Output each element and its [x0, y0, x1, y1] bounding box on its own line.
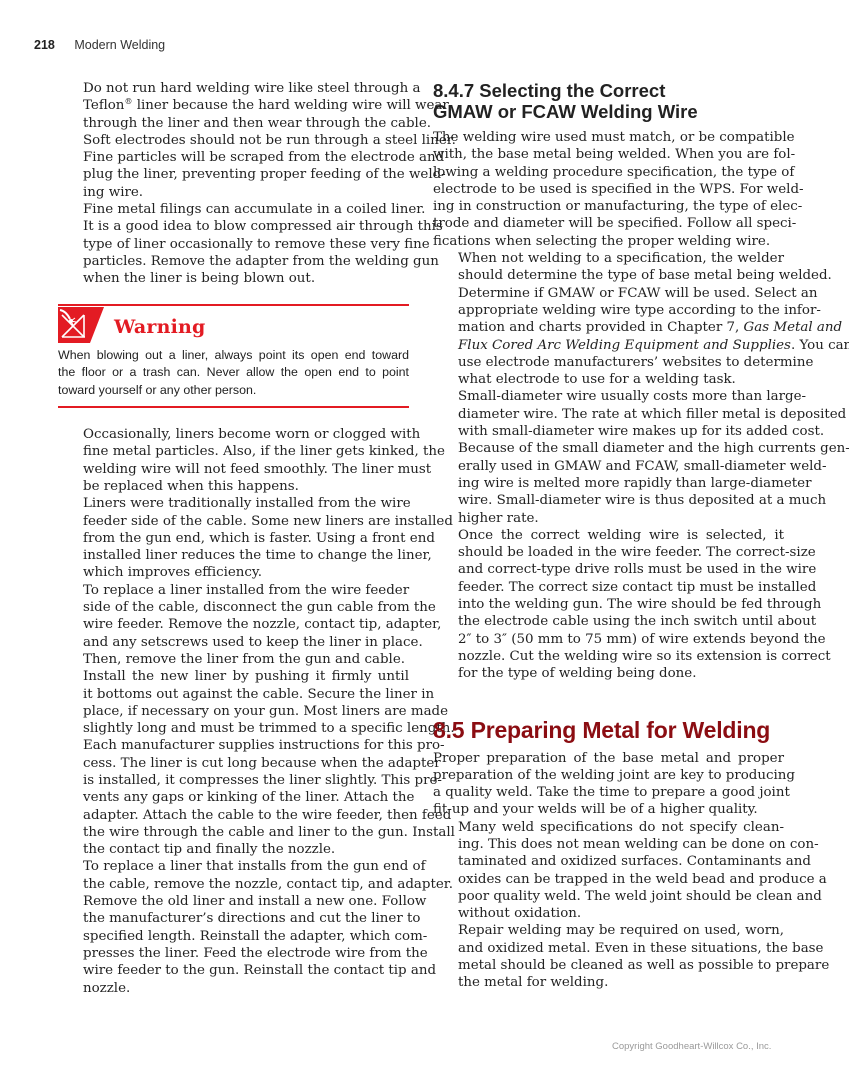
text-line: welding wire will not feed smoothly. The… — [58, 461, 409, 478]
text-line: wire. Small-diameter wire is thus deposi… — [433, 492, 784, 509]
book-title: Modern Welding — [74, 38, 165, 52]
text-line: poor quality weld. The weld joint should… — [433, 888, 784, 905]
text-line: ing wire. — [58, 184, 409, 201]
text-line: a quality weld. Take the time to prepare… — [433, 784, 784, 801]
paragraph: Liners were traditionally installed from… — [58, 495, 409, 581]
paragraph: The welding wire used must match, or be … — [433, 129, 784, 250]
paragraph: Many weld specifications do not specify … — [433, 819, 784, 923]
text-line: It is a good idea to blow compressed air… — [58, 218, 409, 235]
text-line: nozzle. Cut the welding wire so its exte… — [433, 648, 784, 665]
text-line: nozzle. — [58, 980, 409, 997]
text-line: metal should be cleaned as well as possi… — [433, 957, 784, 974]
paragraph: Repair welding may be required on used, … — [433, 922, 784, 991]
heading-line: 8.4.7 Selecting the Correct — [433, 80, 784, 101]
text-line: the wire through the cable and liner to … — [58, 824, 409, 841]
teflon-word: Teflon — [83, 98, 124, 113]
text-line: The welding wire used must match, or be … — [433, 129, 784, 146]
text-line: into the welding gun. The wire should be… — [433, 596, 784, 613]
text-line: lowing a welding procedure specification… — [433, 164, 784, 181]
book-page: 218 Modern Welding Do not run hard weldi… — [0, 0, 849, 1087]
text-line: use electrode manufacturers’ websites to… — [433, 354, 784, 371]
text-line: 2″ to 3″ (50 mm to 75 mm) of wire extend… — [433, 631, 784, 648]
paragraph: Install the new liner by pushing it firm… — [58, 668, 409, 858]
text-fragment: liner because the hard welding wire will… — [132, 98, 448, 113]
text-line: Determine if GMAW or FCAW will be used. … — [433, 285, 784, 302]
text-line: feeder side of the cable. Some new liner… — [58, 513, 409, 530]
text-line: Small-diameter wire usually costs more t… — [433, 388, 784, 405]
text-line: feeder. The correct size contact tip mus… — [433, 579, 784, 596]
text-line: adapter. Attach the cable to the wire fe… — [58, 807, 409, 824]
book-title-reference: Gas Metal and — [744, 320, 843, 335]
page-number: 218 — [34, 38, 55, 52]
text-line: for the type of welding being done. — [433, 665, 784, 682]
section-heading-8-4-7: 8.4.7 Selecting the Correct GMAW or FCAW… — [433, 80, 784, 122]
text-line: preparation of the welding joint are key… — [433, 767, 784, 784]
text-line: wire feeder. Remove the nozzle, contact … — [58, 616, 409, 633]
text-line: the contact tip and finally the nozzle. — [58, 841, 409, 858]
text-line: installed liner reduces the time to chan… — [58, 547, 409, 564]
running-header: 218 Modern Welding — [34, 38, 165, 52]
text-line: with small-diameter wire makes up for it… — [433, 423, 784, 440]
warning-title: Warning — [114, 319, 206, 336]
text-line: Each manufacturer supplies instructions … — [58, 737, 409, 754]
text-line: vents any gaps or kinking of the liner. … — [58, 789, 409, 806]
text-line: Install the new liner by pushing it firm… — [58, 668, 409, 685]
paragraph: Small-diameter wire usually costs more t… — [433, 388, 784, 526]
text-line: higher rate. — [433, 510, 784, 527]
text-line: ing in construction or manufacturing, th… — [433, 198, 784, 215]
heading-line: GMAW or FCAW Welding Wire — [433, 101, 784, 122]
text-line: which improves efficiency. — [58, 564, 409, 581]
text-line: place, if necessary on your gun. Most li… — [58, 703, 409, 720]
text-line: and correct-type drive rolls must be use… — [433, 561, 784, 578]
text-line: appropriate welding wire type according … — [433, 302, 784, 319]
text-line: mation and charts provided in Chapter 7,… — [433, 319, 784, 336]
text-line: Remove the old liner and install a new o… — [58, 893, 409, 910]
text-line: wire feeder to the gun. Reinstall the co… — [58, 962, 409, 979]
text-line: erally used in GMAW and FCAW, small-diam… — [433, 458, 784, 475]
text-fragment: . You can — [791, 338, 849, 353]
text-line: toward yourself or any other person. — [58, 382, 409, 400]
text-line: Liners were traditionally installed from… — [58, 495, 409, 512]
text-line: through the liner and then wear through … — [58, 115, 409, 132]
text-line: fine metal particles. Also, if the liner… — [58, 443, 409, 460]
text-line: Soft electrodes should not be run throug… — [58, 132, 409, 149]
text-line: Once the correct welding wire is selecte… — [433, 527, 784, 544]
paragraph: Occasionally, liners become worn or clog… — [58, 426, 409, 495]
section-heading-8-5: 8.5 Preparing Metal for Welding — [433, 717, 784, 743]
text-line: To replace a liner that installs from th… — [58, 858, 409, 875]
text-line: should determine the type of base metal … — [433, 267, 784, 284]
right-column: 8.4.7 Selecting the Correct GMAW or FCAW… — [433, 80, 784, 992]
book-title-reference: Flux Cored Arc Welding Equipment and Sup… — [458, 338, 791, 353]
text-line: fications when selecting the proper weld… — [433, 233, 784, 250]
paragraph: Once the correct welding wire is selecte… — [433, 527, 784, 683]
welding-spark-warning-icon — [58, 307, 104, 343]
text-line: Occasionally, liners become worn or clog… — [58, 426, 409, 443]
text-line: the manufacturer’s directions and cut th… — [58, 910, 409, 927]
text-line: type of liner occasionally to remove the… — [58, 236, 409, 253]
text-line: Because of the small diameter and the hi… — [433, 440, 784, 457]
text-line: ing. This does not mean welding can be d… — [433, 836, 784, 853]
text-line: side of the cable, disconnect the gun ca… — [58, 599, 409, 616]
text-line: trode and diameter will be specified. Fo… — [433, 215, 784, 232]
text-line: slightly long and must be trimmed to a s… — [58, 720, 409, 737]
text-line: Then, remove the liner from the gun and … — [58, 651, 409, 668]
text-line: the floor or a trash can. Never allow th… — [58, 364, 409, 382]
text-line: with, the base metal being welded. When … — [433, 146, 784, 163]
text-line: the metal for welding. — [433, 974, 784, 991]
text-line: is installed, it compresses the liner sl… — [58, 772, 409, 789]
paragraph: When not welding to a specification, the… — [433, 250, 784, 388]
text-line: oxides can be trapped in the weld bead a… — [433, 871, 784, 888]
text-line: Do not run hard welding wire like steel … — [58, 80, 409, 97]
paragraph: Fine metal filings can accumulate in a c… — [58, 201, 409, 287]
text-line: fit-up and your welds will be of a highe… — [433, 801, 784, 818]
text-line: Many weld specifications do not specify … — [433, 819, 784, 836]
text-line: plug the liner, preventing proper feedin… — [58, 166, 409, 183]
text-line: cess. The liner is cut long because when… — [58, 755, 409, 772]
text-line: and any setscrews used to keep the liner… — [58, 634, 409, 651]
text-line: without oxidation. — [433, 905, 784, 922]
copyright-footer: Copyright Goodheart-Willcox Co., Inc. — [612, 1041, 771, 1052]
paragraph: Do not run hard welding wire like steel … — [58, 80, 409, 201]
paragraph: Proper preparation of the base metal and… — [433, 750, 784, 819]
text-line: taminated and oxidized surfaces. Contami… — [433, 853, 784, 870]
text-line: should be loaded in the wire feeder. The… — [433, 544, 784, 561]
text-line: the cable, remove the nozzle, contact ti… — [58, 876, 409, 893]
text-line: To replace a liner installed from the wi… — [58, 582, 409, 599]
text-line: electrode to be used is specified in the… — [433, 181, 784, 198]
text-line: particles. Remove the adapter from the w… — [58, 253, 409, 270]
paragraph: To replace a liner installed from the wi… — [58, 582, 409, 668]
text-line: Flux Cored Arc Welding Equipment and Sup… — [433, 337, 784, 354]
text-line: diameter wire. The rate at which filler … — [433, 406, 784, 423]
text-line: When not welding to a specification, the… — [433, 250, 784, 267]
text-line: and oxidized metal. Even in these situat… — [433, 940, 784, 957]
text-line: it bottoms out against the cable. Secure… — [58, 686, 409, 703]
text-line: ing wire is melted more rapidly than lar… — [433, 475, 784, 492]
warning-text: When blowing out a liner, always point i… — [58, 347, 409, 400]
text-line: Teflon® liner because the hard welding w… — [58, 97, 409, 114]
text-line: Fine particles will be scraped from the … — [58, 149, 409, 166]
text-line: what electrode to use for a welding task… — [433, 371, 784, 388]
left-column: Do not run hard welding wire like steel … — [58, 80, 409, 997]
text-line: when the liner is being blown out. — [58, 270, 409, 287]
text-line: specified length. Reinstall the adapter,… — [58, 928, 409, 945]
text-line: Fine metal filings can accumulate in a c… — [58, 201, 409, 218]
warning-header: Warning — [58, 306, 409, 344]
text-fragment: mation and charts provided in Chapter 7, — [458, 320, 744, 335]
text-line: Proper preparation of the base metal and… — [433, 750, 784, 767]
warning-box: Warning When blowing out a liner, always… — [58, 304, 409, 409]
text-line: from the gun end, which is faster. Using… — [58, 530, 409, 547]
text-line: the electrode cable using the inch switc… — [433, 613, 784, 630]
text-line: Repair welding may be required on used, … — [433, 922, 784, 939]
text-line: be replaced when this happens. — [58, 478, 409, 495]
paragraph: To replace a liner that installs from th… — [58, 858, 409, 996]
text-line: presses the liner. Feed the electrode wi… — [58, 945, 409, 962]
text-line: When blowing out a liner, always point i… — [58, 347, 409, 365]
